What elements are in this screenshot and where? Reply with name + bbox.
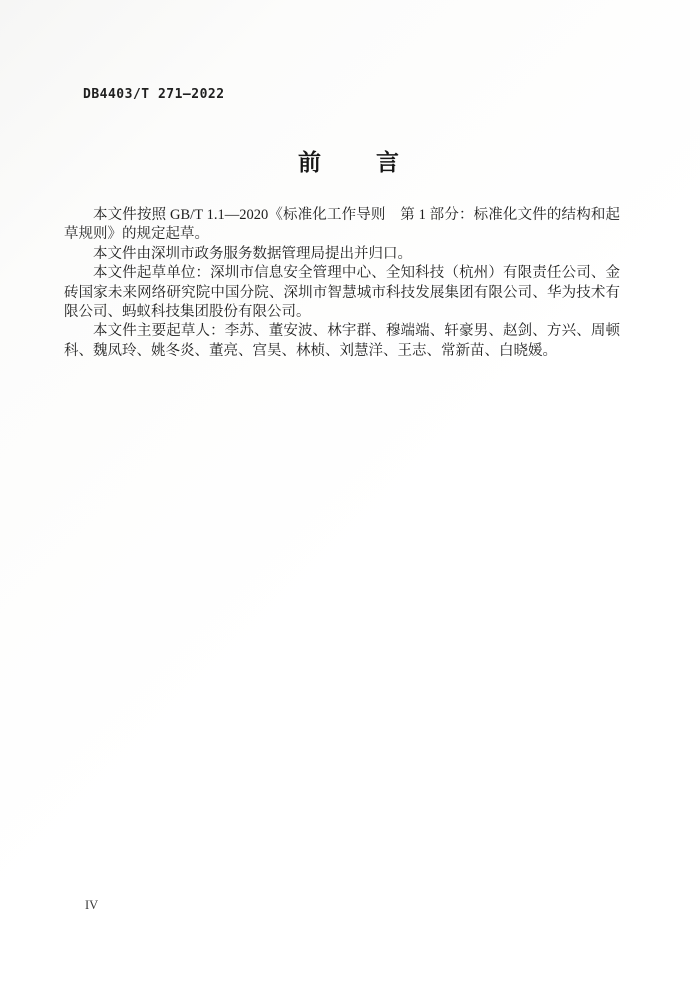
document-page: DB4403/T 271—2022 前 言 本文件按照 GB/T 1.1—202… <box>0 0 700 989</box>
paragraph-drafting-rules: 本文件按照 GB/T 1.1—2020《标准化工作导则 第 1 部分：标准化文件… <box>64 206 620 245</box>
foreword-title: 前 言 <box>0 144 700 177</box>
paragraph-drafting-organizations: 本文件起草单位：深圳市信息安全管理中心、全知科技（杭州）有限责任公司、金砖国家未… <box>64 264 620 322</box>
standard-doc-number: DB4403/T 271—2022 <box>83 87 225 102</box>
paragraph-proposing-body: 本文件由深圳市政务服务数据管理局提出并归口。 <box>64 245 620 264</box>
page-number: IV <box>85 898 98 913</box>
foreword-body: 本文件按照 GB/T 1.1—2020《标准化工作导则 第 1 部分：标准化文件… <box>64 206 620 361</box>
paragraph-main-drafters: 本文件主要起草人：李苏、董安波、林宇群、穆端端、轩豪男、赵剑、方兴、周顿科、魏凤… <box>64 322 620 361</box>
